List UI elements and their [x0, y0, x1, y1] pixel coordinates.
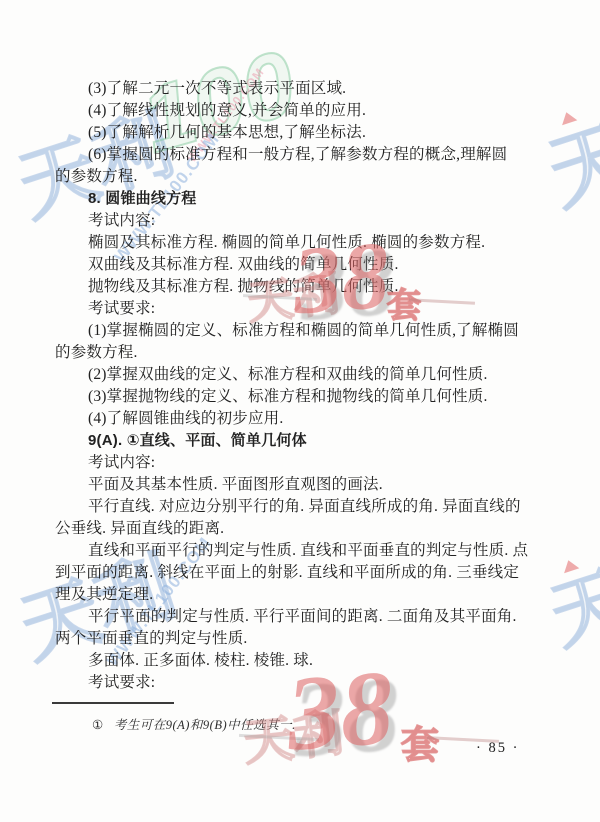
text-line: (6)掌握圆的标准方程和一般方程,了解参数方程的概念,理解圆 — [55, 144, 547, 166]
text-line: (3)掌握抛物线的定义、标准方程和抛物线的简单几何性质. — [55, 386, 547, 408]
watermark-red-accent-right-top — [559, 110, 578, 125]
text-line: 平行直线. 对应边分别平行的角. 异面直线所成的角. 异面直线的 — [55, 496, 547, 518]
footnote-marker: ① — [92, 718, 104, 732]
watermark-tianli38-lower: 天利 38 套 — [235, 668, 505, 773]
text-line: 的参数方程. — [55, 342, 547, 364]
text-line: 平行平面的判定与性质. 平行平面间的距离. 二面角及其平面角. — [55, 606, 547, 628]
watermark-red-tao: 套 — [387, 278, 421, 327]
watermark-red-38: 38 — [283, 646, 397, 775]
scanned-document-page: 天利 100 WWW.TL100.COM WWW.TL100.COM 天利 WW… — [0, 0, 600, 822]
text-line: 公垂线. 异面直线的距离. — [55, 518, 547, 540]
text-line: (3)了解二元一次不等式表示平面区域. — [55, 78, 547, 100]
text-line: 两个平面垂直的判定与性质. — [55, 628, 547, 650]
text-line: 的参数方程. — [55, 166, 547, 188]
section-heading-8: 8. 圆锥曲线方程 — [55, 188, 547, 210]
watermark-red-tao: 套 — [401, 714, 439, 769]
text-line: (4)了解圆锥曲线的初步应用. — [55, 408, 547, 430]
text-line: (2)掌握双曲线的定义、标准方程和双曲线的简单几何性质. — [55, 364, 547, 386]
text-line: (4)了解线性规划的意义,并会简单的应用. — [55, 100, 547, 122]
text-line: 平面及其基本性质. 平面图形直观图的画法. — [55, 474, 547, 496]
text-line: 直线和平面平行的判定与性质. 直线和平面垂直的判定与性质. 点 — [55, 540, 547, 562]
footnote-separator — [52, 702, 174, 704]
text-line: 理及其逆定理. — [55, 584, 547, 606]
text-column: (3)了解二元一次不等式表示平面区域. (4)了解线性规划的意义,并会简单的应用… — [55, 78, 547, 694]
text-line: 到平面的距离. 斜线在平面上的射影. 直线和平面所成的角. 三垂线定 — [55, 562, 547, 584]
text-line: (5)了解解析几何的基本思想,了解坐标法. — [55, 122, 547, 144]
text-line: 考试内容: — [55, 452, 547, 474]
watermark-red-38: 38 — [289, 219, 393, 336]
watermark-red-accent-right-mid — [561, 558, 580, 573]
watermark-tianli38-upper: 天利 38 套 — [237, 238, 487, 338]
section-heading-9a: 9(A). ①直线、平面、简单几何体 — [55, 430, 547, 452]
